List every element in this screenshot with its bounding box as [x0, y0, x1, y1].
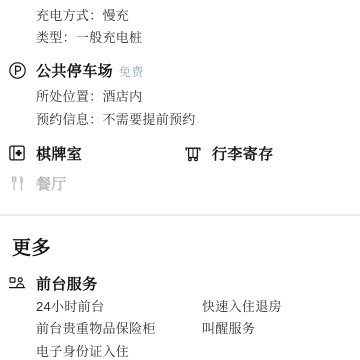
amenity-restaurant-unavailable: 餐厅 [0, 173, 176, 193]
reception-icon [7, 273, 27, 293]
free-badge: 免费 [119, 63, 144, 80]
parking-location-line: 所处位置：酒店内 [0, 85, 360, 108]
amenity-label: 棋牌室 [36, 143, 82, 164]
front-desk-services-grid: 24小时前台 快速入住退房 前台贵重物品保险柜 叫醒服务 电子身份证入住 [0, 300, 360, 360]
amenities-grid: 棋牌室 行李寄存 餐厅 [0, 143, 360, 193]
amenity-luggage-storage: 行李寄存 [176, 143, 360, 163]
parking-icon [7, 60, 27, 80]
front-desk-title: 前台服务 [36, 273, 98, 294]
parking-title: 公共停车场 [36, 60, 113, 81]
service-item: 前台贵重物品保险柜 [36, 322, 202, 337]
service-item: 电子身份证入住 [36, 345, 202, 360]
restaurant-icon [7, 173, 27, 193]
service-item: 叫醒服务 [202, 322, 360, 337]
charging-method-line: 充电方式：慢充 [0, 5, 360, 27]
amenity-mahjong-room: 棋牌室 [0, 143, 176, 163]
amenity-label: 行李寄存 [212, 143, 274, 164]
parking-section-header: 公共停车场 免费 [0, 59, 360, 81]
more-section-title: 更多 [12, 237, 360, 261]
amenity-label: 餐厅 [36, 173, 67, 194]
charging-info: 充电方式：慢充 类型：一般充电桩 [0, 0, 360, 49]
parking-reservation-line: 预约信息：不需要提前预约 [0, 108, 360, 131]
charging-type-line: 类型：一般充电桩 [0, 27, 360, 49]
service-item: 快速入住退房 [202, 300, 360, 315]
service-item: 24小时前台 [36, 300, 202, 315]
luggage-storage-icon [183, 143, 203, 163]
section-divider [0, 214, 360, 216]
hotel-facilities-panel[interactable]: 充电方式：慢充 类型：一般充电桩 公共停车场 免费 所处位置：酒店内 预约信息：… [0, 0, 360, 360]
mahjong-room-icon [7, 143, 27, 163]
front-desk-section-header: 前台服务 [0, 273, 360, 294]
parking-details: 所处位置：酒店内 预约信息：不需要提前预约 [0, 85, 360, 131]
